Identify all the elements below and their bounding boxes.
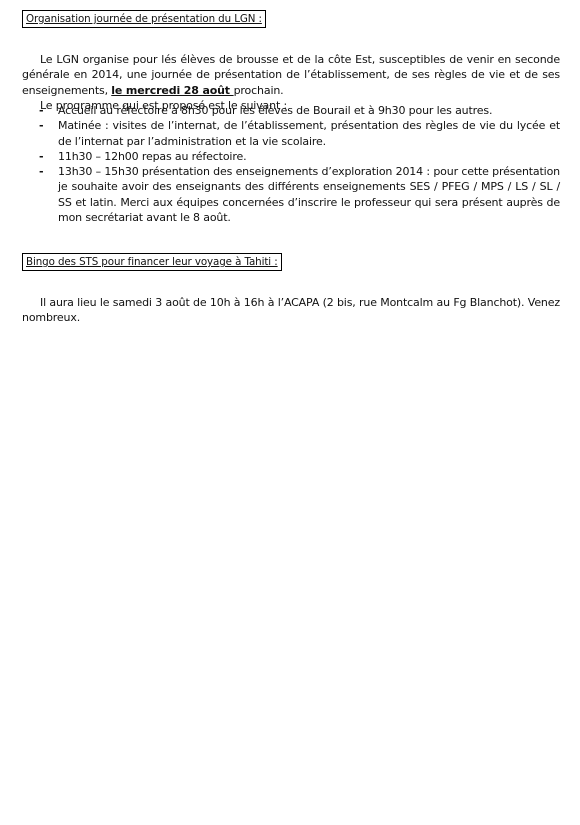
bullet-dash-icon: - — [39, 118, 43, 133]
program-item-text: Matinée : visites de l’internat, de l’ét… — [58, 119, 560, 147]
program-item-text: 11h30 – 12h00 repas au réfectoire. — [58, 150, 246, 163]
intro-text-end: prochain. — [234, 84, 284, 97]
program-item: -Accueil au réfectoire à 8h30 pour les é… — [22, 103, 560, 118]
program-item-text: 13h30 – 15h30 présentation des enseignem… — [58, 165, 560, 224]
lgn-intro-paragraph: Le LGN organise pour lés élèves de brous… — [22, 52, 560, 98]
bullet-dash-icon: - — [39, 149, 43, 164]
event-date: le mercredi 28 août — [111, 84, 233, 97]
intro-text: Le LGN organise pour lés élèves de brous… — [22, 53, 560, 97]
section-title-lgn-presentation: Organisation journée de présentation du … — [22, 10, 266, 28]
section-title-bingo-sts: Bingo des STS pour financer leur voyage … — [22, 253, 282, 271]
program-item: -Matinée : visites de l’internat, de l’é… — [22, 118, 560, 149]
program-item-text: Accueil au réfectoire à 8h30 pour les él… — [58, 104, 492, 117]
program-item: -11h30 – 12h00 repas au réfectoire. — [22, 149, 560, 164]
bingo-paragraph: Il aura lieu le samedi 3 août de 10h à 1… — [22, 295, 560, 326]
bullet-dash-icon: - — [39, 164, 43, 179]
bullet-dash-icon: - — [39, 103, 43, 118]
program-item: -13h30 – 15h30 présentation des enseigne… — [22, 164, 560, 225]
program-list: -Accueil au réfectoire à 8h30 pour les é… — [22, 103, 560, 225]
